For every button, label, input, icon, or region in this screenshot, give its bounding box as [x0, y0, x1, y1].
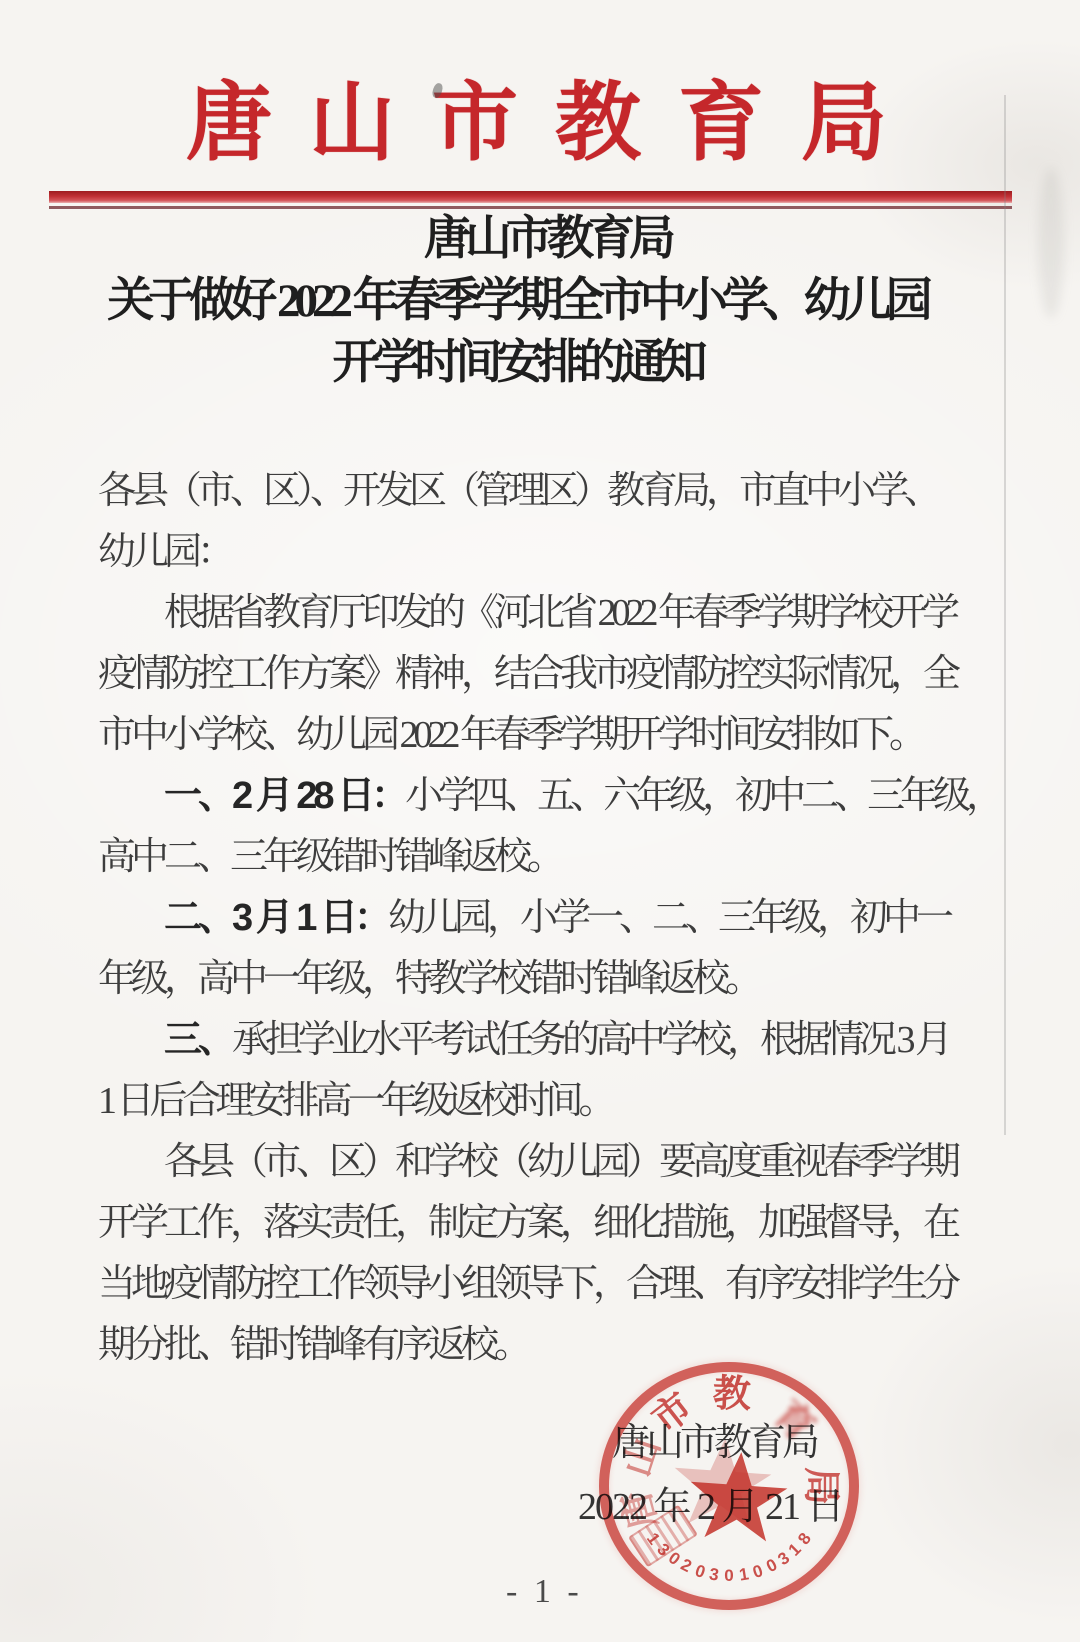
seal-code-digit: 8	[794, 1529, 816, 1548]
seal-code-digit: 0	[724, 1566, 733, 1586]
seal-code-digit: 3	[708, 1564, 720, 1585]
body-line: 三、承担学业水平考试任务的高中学校，根据情况 3 月	[98, 1010, 1018, 1071]
body-line-text: 当地疫情防控工作领导小组领导下，合理、有序安排学生分	[98, 1263, 956, 1305]
body-line-text: 市中小学校、幼儿园 2022 年春季学期开学时间安排如下。	[98, 714, 922, 756]
body-line-text: 开学工作，落实责任，制定方案，细化措施，加强督导，在	[98, 1202, 956, 1244]
body-line: 各县（市、区）、开发区（管理区）教育局，市直中小学、	[98, 461, 1018, 522]
scan-artifact-line	[1004, 95, 1006, 1135]
divider-thick-line	[49, 191, 1012, 203]
seal-code-digit: 3	[775, 1548, 794, 1570]
body-line-text: 承担学业水平考试任务的高中学校，根据情况 3 月	[232, 1019, 948, 1061]
signature-agency: 唐山市教育局	[612, 1419, 816, 1467]
body-line-text: 小学四、五、六年级，初中二、三年级，	[405, 775, 999, 817]
body-line-lead: 三、	[164, 1019, 232, 1061]
document-title: 唐山市教育局 关于做好 2022 年春季学期全市中小学、幼儿园 开学时间安排的通…	[0, 208, 1034, 394]
signature-date: 2022 年 2 月 21 日	[578, 1483, 843, 1531]
title-line-2: 关于做好 2022 年春季学期全市中小学、幼儿园	[0, 270, 1034, 332]
scan-artifact-smudge	[1038, 168, 1064, 318]
title-line-3: 开学时间安排的通知	[0, 332, 1034, 394]
body-line-text: 幼儿园：	[98, 531, 230, 573]
body-line-text: 各县（市、区）和学校（幼儿园）要高度重视春季学期	[164, 1141, 956, 1183]
page-number: - 1 -	[506, 1570, 583, 1614]
seal-code-digit: 2	[678, 1555, 696, 1577]
body-line-text: 高中二、三年级错时错峰返校。	[98, 836, 560, 878]
body-line: 一、2 月 28 日：小学四、五、六年级，初中二、三年级，	[98, 766, 1018, 827]
body-line-lead: 一、2 月 28 日：	[164, 775, 405, 817]
body-line: 疫情防控工作方案》精神，结合我市疫情防控实际情况，全	[98, 644, 1018, 705]
body-line-text: 1 日后合理安排高一年级返校时间。	[98, 1080, 612, 1122]
body-line: 1 日后合理安排高一年级返校时间。	[98, 1071, 1018, 1132]
body-line-text: 年级，高中一年级，特教学校错时错峰返校。	[98, 958, 758, 1000]
body-line-lead: 二、3 月 1 日：	[164, 897, 388, 939]
title-line-1: 唐山市教育局	[30, 208, 1064, 270]
body-line: 根据省教育厅印发的《河北省 2022 年春季学期学校开学	[98, 583, 1018, 644]
seal-code-digit: 0	[750, 1561, 765, 1583]
body-line-text: 幼儿园，小学一、二、三年级，初中一	[388, 897, 949, 939]
notice-document-page: 唐山市教育局 唐山市教育局 关于做好 2022 年春季学期全市中小学、幼儿园 开…	[0, 0, 1080, 1642]
body-line: 期分批、错时错峰有序返校。	[98, 1315, 1018, 1376]
body-line: 各县（市、区）和学校（幼儿园）要高度重视春季学期	[98, 1132, 1018, 1193]
seal-code-digit: 0	[692, 1561, 707, 1583]
seal-code-digit: 0	[763, 1555, 781, 1577]
body-line: 开学工作，落实责任，制定方案，细化措施，加强督导，在	[98, 1193, 1018, 1254]
body-line-text: 期分批、错时错峰有序返校。	[98, 1324, 527, 1366]
document-body: 各县（市、区）、开发区（管理区）教育局，市直中小学、幼儿园：根据省教育厅印发的《…	[98, 461, 1018, 1376]
body-line: 年级，高中一年级，特教学校错时错峰返校。	[98, 949, 1018, 1010]
seal-code-digit: 3	[652, 1539, 673, 1560]
body-line: 市中小学校、幼儿园 2022 年春季学期开学时间安排如下。	[98, 705, 1018, 766]
body-line: 二、3 月 1 日：幼儿园，小学一、二、三年级，初中一	[98, 888, 1018, 949]
seal-code-digit: 1	[642, 1529, 664, 1548]
body-line-text: 疫情防控工作方案》精神，结合我市疫情防控实际情况，全	[98, 653, 956, 695]
body-line-text: 根据省教育厅印发的《河北省 2022 年春季学期学校开学	[164, 592, 955, 634]
seal-code-digit: 1	[737, 1564, 749, 1585]
seal-code-digit: 1	[785, 1539, 806, 1560]
body-line-text: 各县（市、区）、开发区（管理区）教育局，市直中小学、	[98, 470, 937, 512]
body-line: 幼儿园：	[98, 522, 1018, 583]
body-line: 当地疫情防控工作领导小组领导下，合理、有序安排学生分	[98, 1254, 1018, 1315]
seal-code-digit: 0	[664, 1548, 683, 1570]
red-letterhead-agency-name: 唐山市教育局	[186, 78, 924, 168]
body-line: 高中二、三年级错时错峰返校。	[98, 827, 1018, 888]
letterhead-divider	[49, 191, 1012, 209]
